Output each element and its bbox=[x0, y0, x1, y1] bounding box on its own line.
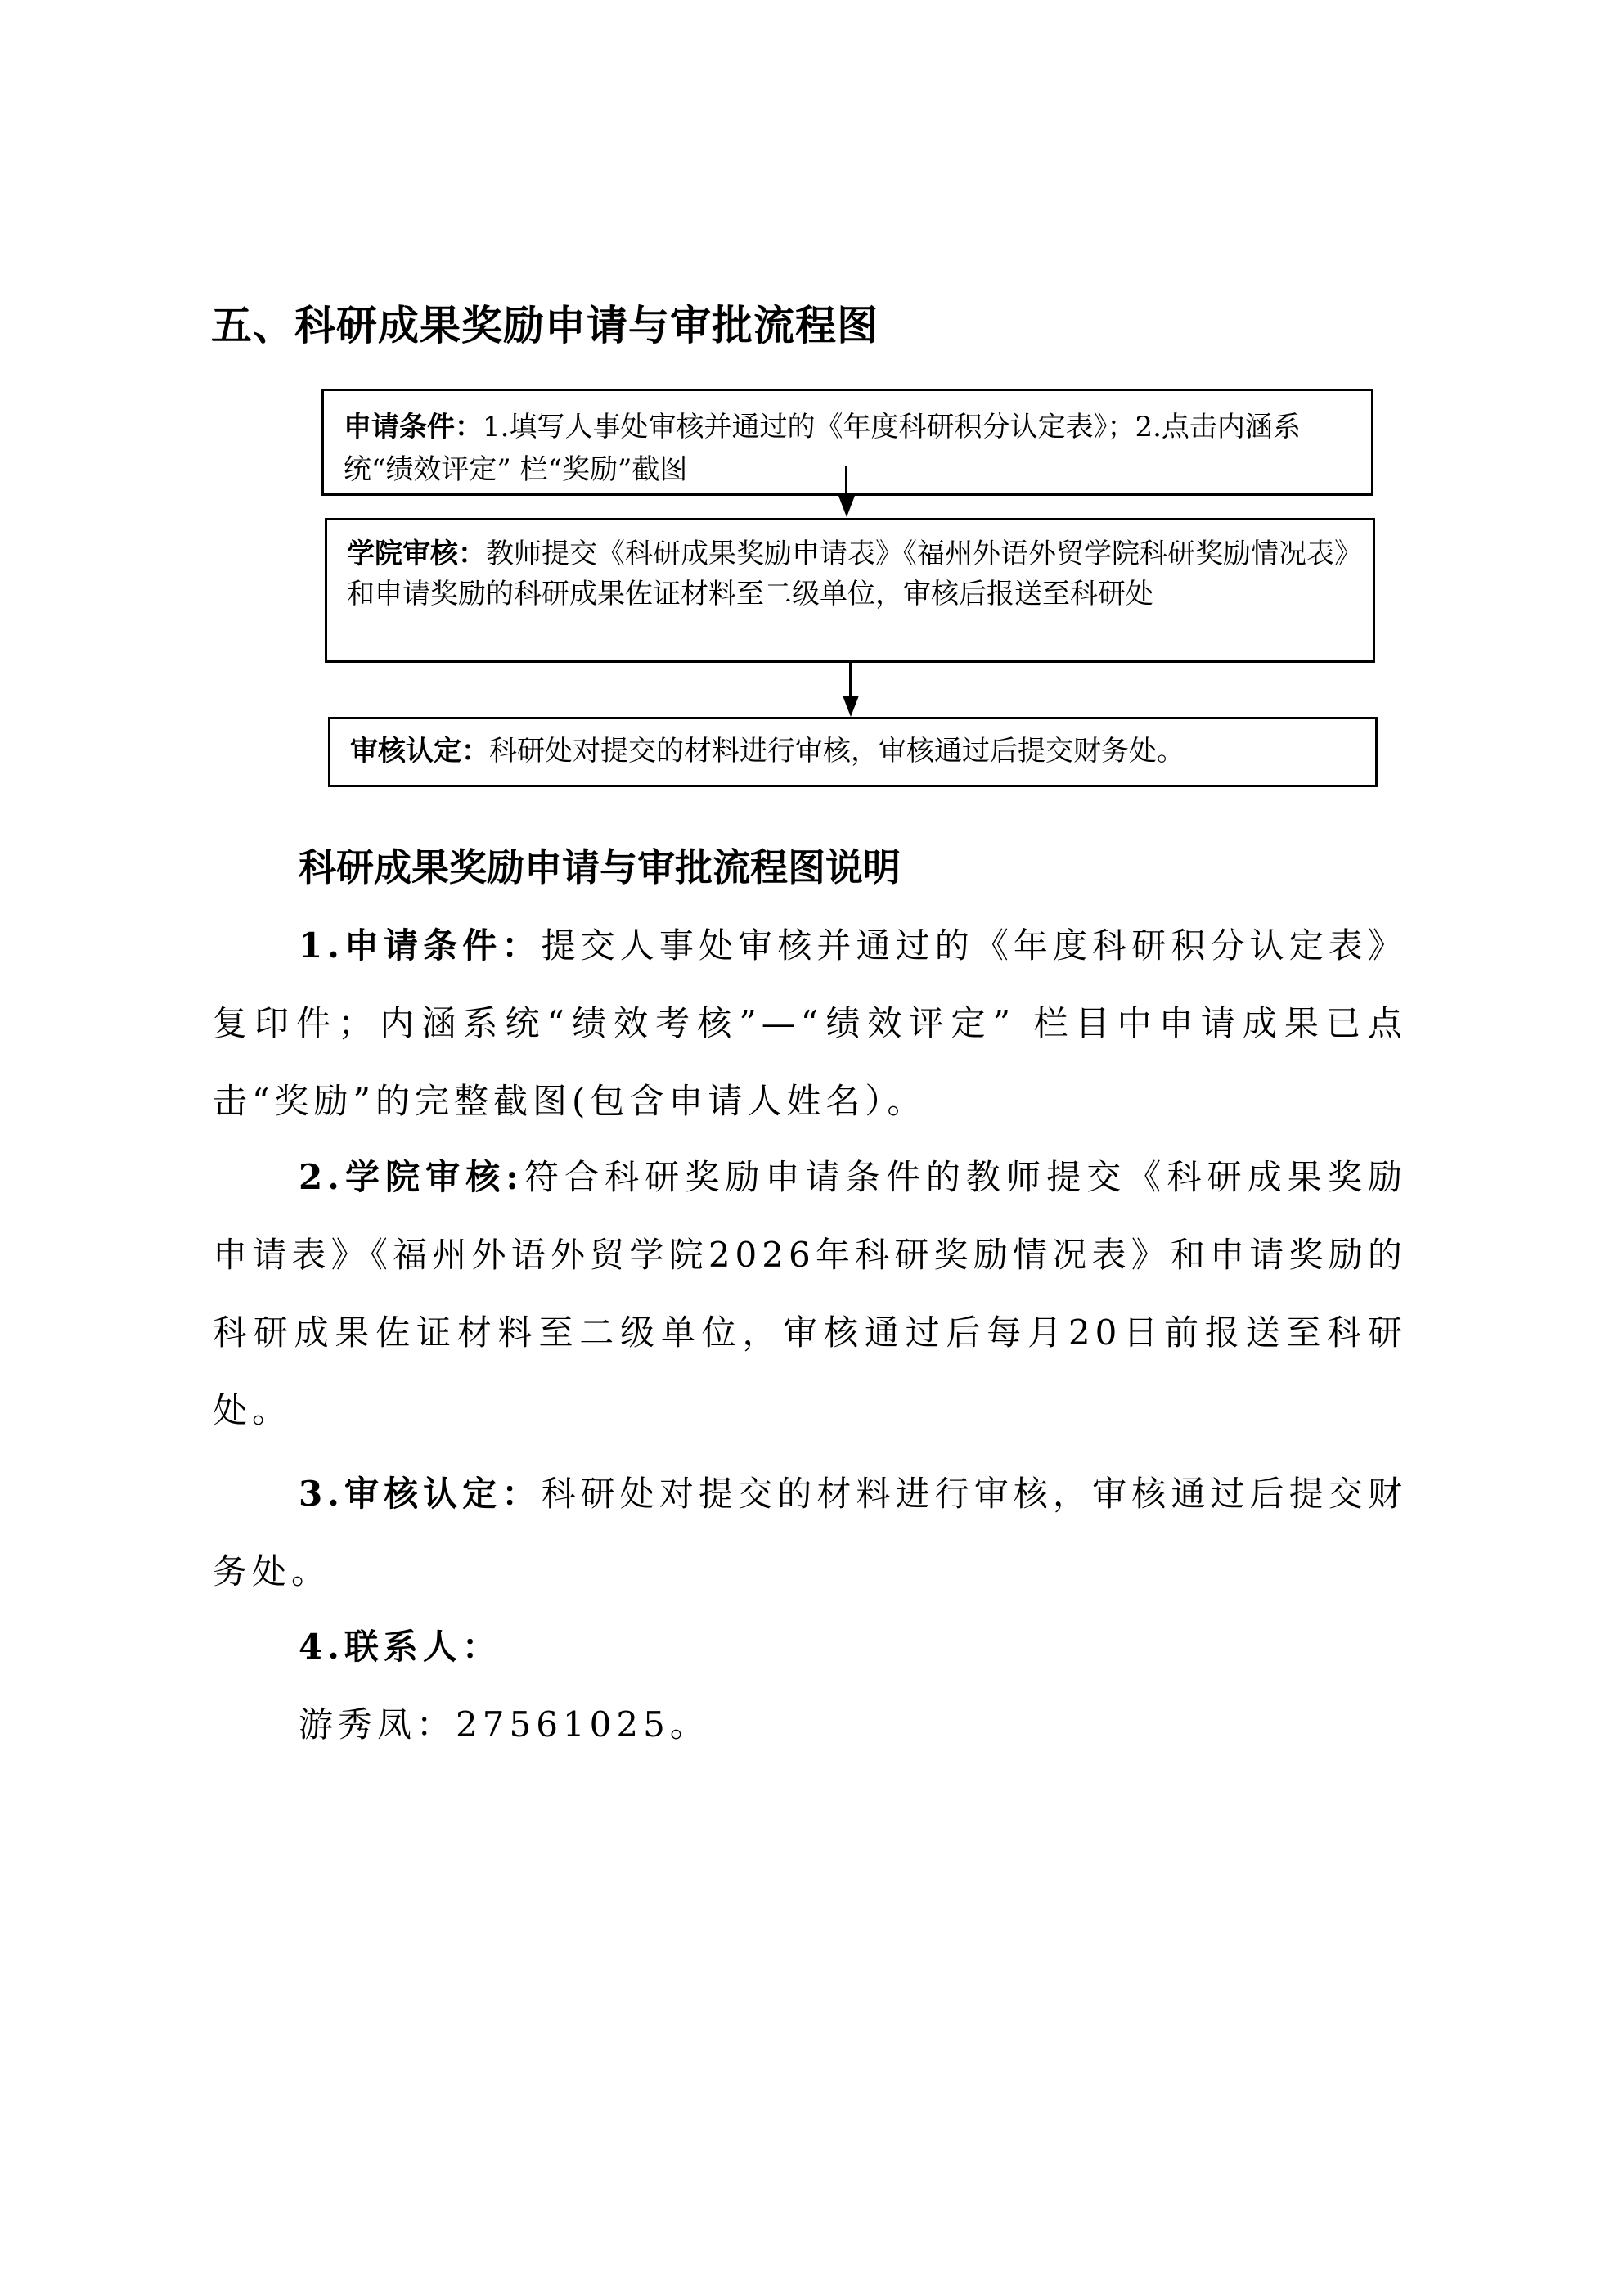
description-item-final-approval: 3.审核认定：科研处对提交的材料进行审核，审核通过后提交财务处。 bbox=[213, 1455, 1407, 1610]
contact-info: 游秀凤：27561025。 bbox=[213, 1686, 1407, 1763]
contact-separator: ： bbox=[416, 1704, 456, 1745]
item-label: 3.审核认定： bbox=[299, 1474, 542, 1514]
flow-step-label: 学院审核： bbox=[347, 538, 486, 570]
section-title: 科研成果奖励申请与审批流程图说明 bbox=[299, 844, 901, 890]
description-item-college-review: 2.学院审核:符合科研奖励申请条件的教师提交《科研成果奖励申请表》《福州外语外贸… bbox=[213, 1138, 1407, 1449]
flow-step-label: 审核认定： bbox=[350, 735, 489, 768]
flow-step-text: 科研处对提交的材料进行审核，审核通过后提交财务处。 bbox=[489, 735, 1185, 768]
flow-step-college-review: 学院审核：教师提交《科研成果奖励申请表》《福州外语外贸学院科研奖励情况表》和申请… bbox=[325, 518, 1375, 663]
flow-step-text: 1.填写人事处审核并通过的《年度科研积分认定表》；2.点击内涵系统“绩效评定” … bbox=[344, 411, 1301, 486]
item-label: 4.联系人： bbox=[299, 1627, 501, 1667]
flow-step-label: 申请条件： bbox=[344, 411, 483, 443]
flow-step-final-approval: 审核认定：科研处对提交的材料进行审核，审核通过后提交财务处。 bbox=[328, 717, 1378, 787]
item-text: 符合科研奖励申请条件的教师提交《科研成果奖励申请表》《福州外语外贸学院2026年… bbox=[213, 1157, 1407, 1430]
item-label: 2.学院审核: bbox=[299, 1157, 524, 1197]
document-page: 五、科研成果奖励申请与审批流程图 申请条件：1.填写人事处审核并通过的《年度科研… bbox=[0, 0, 1623, 2296]
description-item-contact: 4.联系人： bbox=[213, 1608, 1407, 1686]
page-title: 五、科研成果奖励申请与审批流程图 bbox=[211, 303, 879, 349]
contact-phone: 27561025 bbox=[456, 1704, 670, 1745]
item-label: 1.申请条件： bbox=[299, 925, 542, 966]
description-item-application-conditions: 1.申请条件：提交人事处审核并通过的《年度科研积分认定表》复印件；内涵系统“绩效… bbox=[213, 907, 1407, 1140]
contact-name: 游秀凤 bbox=[299, 1704, 416, 1745]
contact-suffix: 。 bbox=[670, 1704, 709, 1745]
flow-step-application-conditions: 申请条件：1.填写人事处审核并通过的《年度科研积分认定表》；2.点击内涵系统“绩… bbox=[321, 389, 1373, 496]
flow-step-text: 教师提交《科研成果奖励申请表》《福州外语外贸学院科研奖励情况表》和申请奖励的科研… bbox=[347, 538, 1348, 610]
